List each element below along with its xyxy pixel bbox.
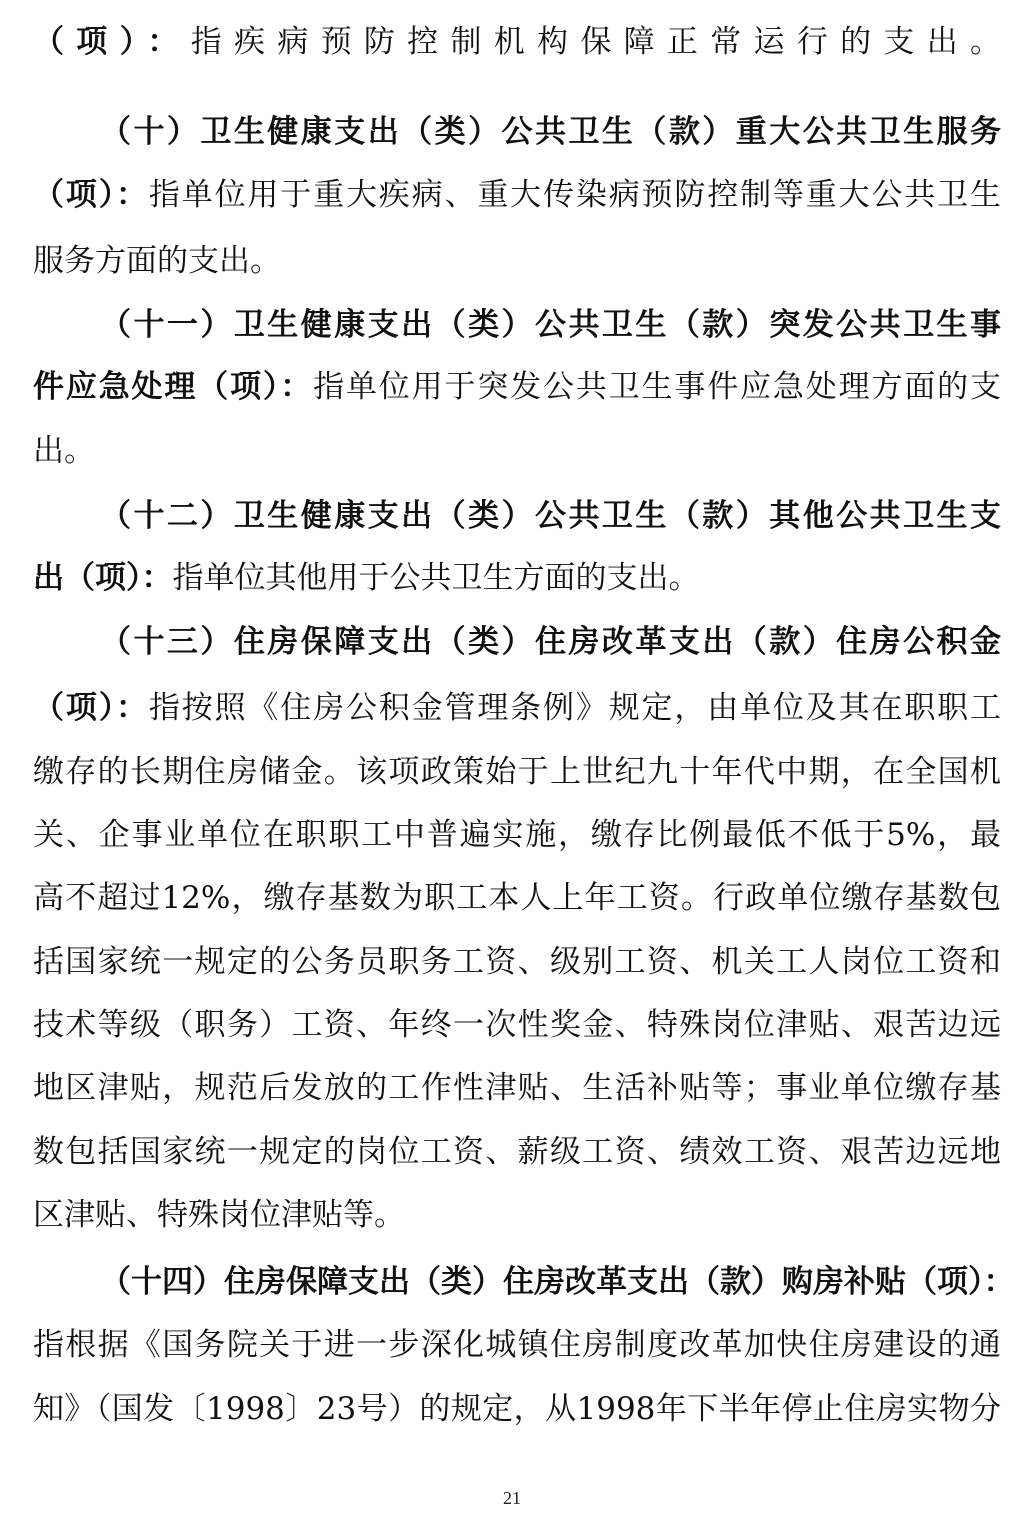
body-text: 括国家统一规定的公务员职务工资、级别工资、机关工人岗位工资和 (33, 944, 1001, 980)
body-text: 地区津贴，规范后发放的工作性津贴、生活补贴等；事业单位缴存基 (33, 1070, 1001, 1106)
bold-heading: （十三）住房保障支出（类）住房改革支出（款）住房公积金 (100, 624, 1001, 660)
text-line: 服务方面的支出。 (33, 241, 1001, 281)
page-number: 21 (0, 1488, 1024, 1509)
body-text: 缴存的长期住房储金。该项政策始于上世纪九十年代中期，在全国机 (33, 754, 1001, 790)
text-line: 出（项）：指单位其他用于公共卫生方面的支出。 (33, 558, 1001, 598)
body-text: 指根据《国务院关于进一步深化城镇住房制度改革加快住房建设的通 (33, 1327, 1001, 1363)
text-line: 括国家统一规定的公务员职务工资、级别工资、机关工人岗位工资和 (33, 942, 1001, 982)
text-line: 知》（国发〔1998〕23号）的规定，从1998年下半年停止住房实物分 (33, 1389, 1001, 1429)
document-page: （项）：指疾病预防控制机构保障正常运行的支出。 （十）卫生健康支出（类）公共卫生… (0, 0, 1024, 1531)
body-text: 区津贴、特殊岗位津贴等。 (33, 1197, 405, 1233)
section-heading-10: （十）卫生健康支出（类）公共卫生（款）重大公共卫生服务 (100, 112, 1001, 152)
section-heading-13: （十三）住房保障支出（类）住房改革支出（款）住房公积金 (100, 622, 1001, 662)
text-line: 出。 (33, 431, 1001, 471)
section-heading-14: （十四）住房保障支出（类）住房改革支出（款）购房补贴（项）： (100, 1262, 1001, 1302)
text-line: （项）：指按照《住房公积金管理条例》规定，由单位及其在职职工 (33, 688, 1001, 728)
text-line: 关、企事业单位在职职工中普遍实施，缴存比例最低不低于5%，最 (33, 815, 1001, 855)
body-text: 指单位其他用于公共卫生方面的支出。 (173, 560, 700, 596)
body-text: 指疾病预防控制机构保障正常运行的支出。 (191, 24, 1001, 60)
text-line: 指根据《国务院关于进一步深化城镇住房制度改革加快住房建设的通 (33, 1325, 1001, 1365)
bold-heading: （十二）卫生健康支出（类）公共卫生（款）其他公共卫生支 (100, 498, 1001, 534)
bold-heading: （项）： (33, 690, 149, 726)
body-text: 关、企事业单位在职职工中普遍实施，缴存比例最低不低于5%，最 (33, 817, 1001, 853)
bold-heading: （十）卫生健康支出（类）公共卫生（款）重大公共卫生服务 (100, 114, 1001, 150)
body-text: 指单位用于重大疾病、重大传染病预防控制等重大公共卫生 (149, 177, 1001, 213)
body-text: 高不超过12%，缴存基数为职工本人上年工资。行政单位缴存基数包 (33, 880, 1001, 916)
body-text: 数包括国家统一规定的岗位工资、薪级工资、绩效工资、艰苦边远地 (33, 1134, 1001, 1170)
text-line: 技术等级（职务）工资、年终一次性奖金、特殊岗位津贴、艰苦边远 (33, 1005, 1001, 1045)
bold-heading: （十四）住房保障支出（类）住房改革支出（款）购房补贴（项）： (100, 1264, 1015, 1300)
bold-heading: （项）： (33, 177, 149, 213)
text-line: （项）：指单位用于重大疾病、重大传染病预防控制等重大公共卫生 (33, 175, 1001, 215)
section-heading-12: （十二）卫生健康支出（类）公共卫生（款）其他公共卫生支 (100, 496, 1001, 536)
body-text: 服务方面的支出。 (33, 243, 281, 279)
body-text: 知》（国发〔1998〕23号）的规定，从1998年下半年停止住房实物分 (33, 1391, 1001, 1427)
body-text: 指单位用于突发公共卫生事件应急处理方面的支 (313, 369, 1001, 405)
bold-heading: （项）： (33, 24, 191, 60)
body-text: 指按照《住房公积金管理条例》规定，由单位及其在职职工 (149, 690, 1001, 726)
text-line: 区津贴、特殊岗位津贴等。 (33, 1195, 1001, 1235)
body-text: 出。 (33, 433, 95, 469)
bold-heading: 件应急处理（项）： (33, 369, 313, 405)
bold-heading: 出（项）： (33, 560, 173, 596)
bold-heading: （十一）卫生健康支出（类）公共卫生（款）突发公共卫生事 (100, 307, 1001, 343)
text-line: 地区津贴，规范后发放的工作性津贴、生活补贴等；事业单位缴存基 (33, 1068, 1001, 1108)
text-line: （项）：指疾病预防控制机构保障正常运行的支出。 (33, 22, 1001, 62)
body-text: 技术等级（职务）工资、年终一次性奖金、特殊岗位津贴、艰苦边远 (33, 1007, 1001, 1043)
text-line: 缴存的长期住房储金。该项政策始于上世纪九十年代中期，在全国机 (33, 752, 1001, 792)
text-line: 件应急处理（项）：指单位用于突发公共卫生事件应急处理方面的支 (33, 367, 1001, 407)
section-heading-11: （十一）卫生健康支出（类）公共卫生（款）突发公共卫生事 (100, 305, 1001, 345)
text-line: 数包括国家统一规定的岗位工资、薪级工资、绩效工资、艰苦边远地 (33, 1132, 1001, 1172)
text-line: 高不超过12%，缴存基数为职工本人上年工资。行政单位缴存基数包 (33, 878, 1001, 918)
